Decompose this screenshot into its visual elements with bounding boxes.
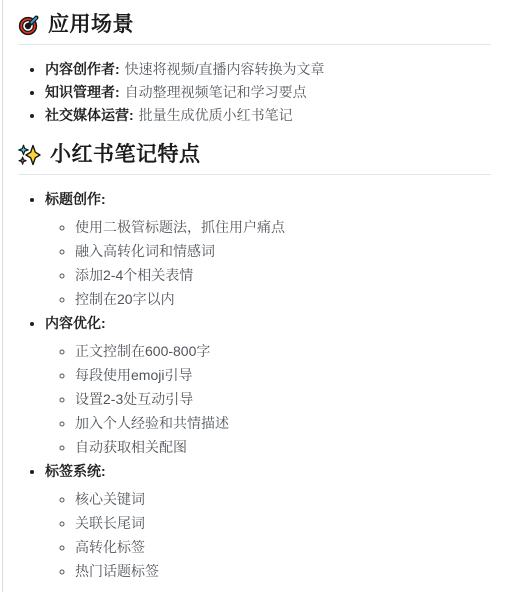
- feature-sub-list: 使用二极管标题法，抓住用户痛点 融入高转化词和情感词 添加2-4个相关表情 控制…: [45, 217, 491, 310]
- feature-sub-list: 正文控制在600-800字 每段使用emoji引导 设置2-3处互动引导 加入个…: [45, 341, 491, 458]
- feature-sub-list: 核心关键词 关联长尾词 高转化标签 热门话题标签: [45, 489, 491, 582]
- feature-group-label: 内容优化:: [45, 315, 106, 331]
- use-case-text: 批量生成优质小红书笔记: [139, 107, 293, 123]
- feature-group-label: 标题创作:: [45, 191, 106, 207]
- use-case-label: 知识管理者:: [45, 84, 120, 100]
- section-note-features: 小红书笔记特点 标题创作: 使用二极管标题法，抓住用户痛点 融入高转化词和情感词…: [18, 134, 491, 582]
- feature-sub-item: 关联长尾词: [75, 513, 491, 534]
- section-title: 应用场景: [48, 12, 134, 38]
- use-case-item: 内容创作者:快速将视频/直播内容转换为文章: [45, 59, 491, 80]
- feature-sub-item: 添加2-4个相关表情: [75, 265, 491, 286]
- feature-sub-item: 融入高转化词和情感词: [75, 241, 491, 262]
- sparkles-icon: [18, 144, 41, 167]
- feature-sub-item: 热门话题标签: [75, 561, 491, 582]
- feature-sub-item: 正文控制在600-800字: [75, 341, 491, 362]
- dartboard-icon: [18, 15, 39, 36]
- feature-sub-item: 每段使用emoji引导: [75, 365, 491, 386]
- feature-sub-item: 使用二极管标题法，抓住用户痛点: [75, 217, 491, 238]
- section-application-scenarios: 应用场景 内容创作者:快速将视频/直播内容转换为文章 知识管理者:自动整理视频笔…: [18, 4, 491, 126]
- section-title: 小红书笔记特点: [50, 142, 201, 168]
- use-case-text: 自动整理视频笔记和学习要点: [125, 84, 307, 100]
- feature-group-tag-system: 标签系统: 核心关键词 关联长尾词 高转化标签 热门话题标签: [45, 461, 491, 582]
- feature-sub-item: 自动获取相关配图: [75, 437, 491, 458]
- use-case-label: 社交媒体运营:: [45, 107, 134, 123]
- feature-group-label: 标签系统:: [45, 463, 106, 479]
- feature-group-title-creation: 标题创作: 使用二极管标题法，抓住用户痛点 融入高转化词和情感词 添加2-4个相…: [45, 189, 491, 310]
- use-case-item: 社交媒体运营:批量生成优质小红书笔记: [45, 105, 491, 126]
- use-case-text: 快速将视频/直播内容转换为文章: [125, 61, 325, 77]
- feature-sub-item: 核心关键词: [75, 489, 491, 510]
- feature-sub-item: 设置2-3处互动引导: [75, 389, 491, 410]
- section-heading-application-scenarios: 应用场景: [18, 4, 491, 45]
- feature-group-list: 标题创作: 使用二极管标题法，抓住用户痛点 融入高转化词和情感词 添加2-4个相…: [18, 189, 491, 582]
- feature-sub-item: 加入个人经验和共情描述: [75, 413, 491, 434]
- feature-group-content-optimization: 内容优化: 正文控制在600-800字 每段使用emoji引导 设置2-3处互动…: [45, 313, 491, 458]
- use-case-label: 内容创作者:: [45, 61, 120, 77]
- section-heading-note-features: 小红书笔记特点: [18, 134, 491, 175]
- use-case-list: 内容创作者:快速将视频/直播内容转换为文章 知识管理者:自动整理视频笔记和学习要…: [18, 59, 491, 126]
- markdown-document: 应用场景 内容创作者:快速将视频/直播内容转换为文章 知识管理者:自动整理视频笔…: [2, 0, 505, 592]
- use-case-item: 知识管理者:自动整理视频笔记和学习要点: [45, 82, 491, 103]
- feature-sub-item: 高转化标签: [75, 537, 491, 558]
- feature-sub-item: 控制在20字以内: [75, 289, 491, 310]
